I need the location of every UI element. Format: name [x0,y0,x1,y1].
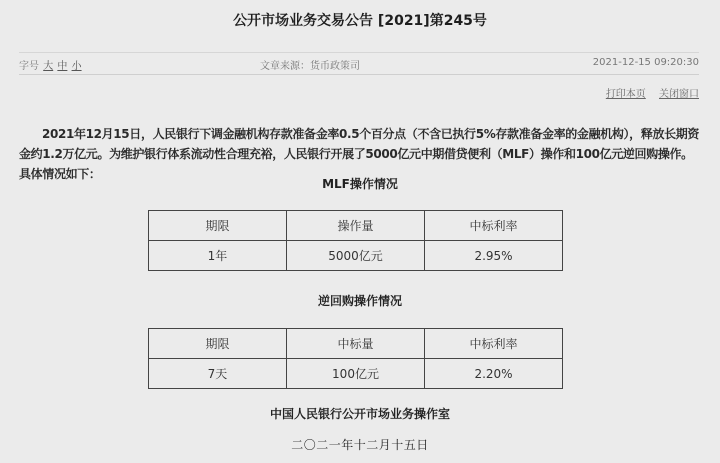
page-actions: 打印本页 关闭窗口 [596,85,699,100]
mlf-table: 期限 操作量 中标利率 1年 5000亿元 2.95% [148,210,563,271]
table-row: 1年 5000亿元 2.95% [149,241,563,271]
print-page-link[interactable]: 打印本页 [606,89,646,100]
table-cell: 1年 [149,241,287,271]
font-size-medium-button[interactable]: 中 [57,61,67,72]
publish-timestamp: 2021-12-15 09:20:30 [593,57,699,68]
table-header-cell: 中标利率 [425,329,563,359]
table-cell: 7天 [149,359,287,389]
font-size-controls: 字号 大 中 小 [19,57,83,72]
table-cell: 2.20% [425,359,563,389]
font-size-small-button[interactable]: 小 [72,61,82,72]
table-header-cell: 中标利率 [425,211,563,241]
page-title: 公开市场业务交易公告 [2021]第245号 [0,10,720,30]
mlf-heading: MLF操作情况 [0,175,720,192]
table-header-cell: 期限 [149,211,287,241]
table-header-row: 期限 操作量 中标利率 [149,211,563,241]
font-size-large-button[interactable]: 大 [43,61,53,72]
table-header-row: 期限 中标量 中标利率 [149,329,563,359]
reverse-repo-heading: 逆回购操作情况 [0,292,720,309]
table-header-cell: 操作量 [287,211,425,241]
table-header-cell: 期限 [149,329,287,359]
table-header-cell: 中标量 [287,329,425,359]
font-size-label: 字号 [19,61,39,72]
announcement-page: 公开市场业务交易公告 [2021]第245号 字号 大 中 小 文章来源：货币政… [0,0,720,463]
issue-date: 二〇二一年十二月十五日 [0,436,720,453]
reverse-repo-table: 期限 中标量 中标利率 7天 100亿元 2.20% [148,328,563,389]
close-window-link[interactable]: 关闭窗口 [659,89,699,100]
table-row: 7天 100亿元 2.20% [149,359,563,389]
issuing-organization: 中国人民银行公开市场业务操作室 [0,405,720,422]
table-cell: 5000亿元 [287,241,425,271]
table-cell: 100亿元 [287,359,425,389]
table-cell: 2.95% [425,241,563,271]
meta-bar: 字号 大 中 小 文章来源：货币政策司 2021-12-15 09:20:30 [19,52,699,75]
article-source: 文章来源：货币政策司 [260,57,360,72]
